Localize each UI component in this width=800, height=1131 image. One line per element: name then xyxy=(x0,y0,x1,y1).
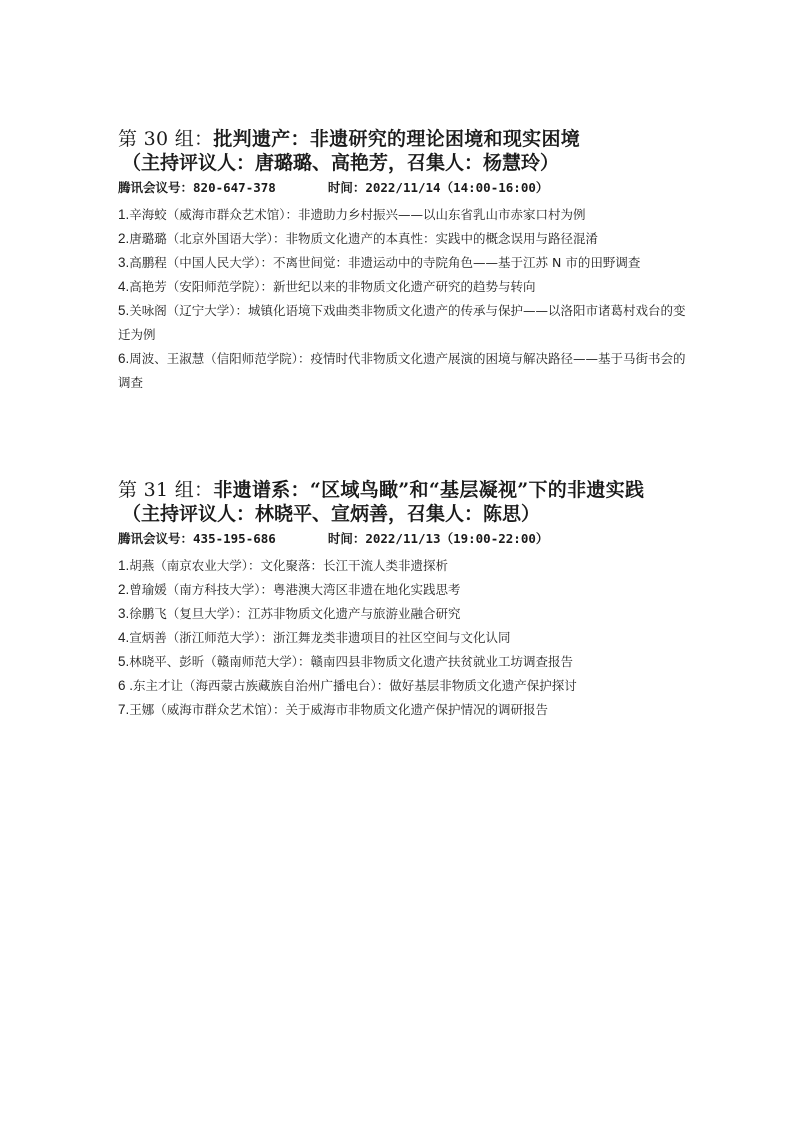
time-label: 时间： xyxy=(328,531,366,546)
group-30-title: 第 30 组：批判遗产：非遗研究的理论困境和现实困境 xyxy=(118,127,698,151)
group-30-label: 第 30 组： xyxy=(118,128,213,150)
group-30-hosts: （主持评议人：唐璐璐、高艳芳，召集人：杨慧玲） xyxy=(122,151,698,176)
group-31-meeting-info: 腾讯会议号：435-195-686时间：2022/11/13（19:00-22:… xyxy=(118,528,698,550)
list-item: 2.曾瑜媛（南方科技大学）：粤港澳大湾区非遗在地化实践思考 xyxy=(118,578,698,602)
group-30-meeting-info: 腾讯会议号：820-647-378时间：2022/11/14（14:00-16:… xyxy=(118,177,698,199)
list-item: 3.高鹏程（中国人民大学）：不离世间觉：非遗运动中的寺院角色——基于江苏 N 市… xyxy=(118,251,698,275)
group-31-label: 第 31 组： xyxy=(118,479,213,501)
group-30-paper-list: 1.辛海蛟（威海市群众艺术馆）：非遗助力乡村振兴——以山东省乳山市赤家口村为例 … xyxy=(118,203,698,395)
group-30-topic: 批判遗产：非遗研究的理论困境和现实困境 xyxy=(213,128,580,150)
list-item: 3.徐鹏飞（复旦大学）：江苏非物质文化遗产与旅游业融合研究 xyxy=(118,602,698,626)
meeting-time: 2022/11/14（14:00-16:00） xyxy=(365,180,548,195)
list-item: 5.林晓平、彭昕（赣南师范大学）：赣南四县非物质文化遗产扶贫就业工坊调查报告 xyxy=(118,650,698,674)
group-31-paper-list: 1.胡燕（南京农业大学）：文化聚落：长江干流人类非遗探析 2.曾瑜媛（南方科技大… xyxy=(118,554,698,722)
meeting-id: 435-195-686 xyxy=(193,531,276,546)
list-item: 6 .东主才让（海西蒙古族藏族自治州广播电台）：做好基层非物质文化遗产保护探讨 xyxy=(118,674,698,698)
list-item: 1.辛海蛟（威海市群众艺术馆）：非遗助力乡村振兴——以山东省乳山市赤家口村为例 xyxy=(118,203,698,227)
group-31-hosts: （主持评议人：林晓平、宣炳善，召集人：陈思） xyxy=(122,502,698,527)
meeting-id-label: 腾讯会议号： xyxy=(118,180,193,195)
list-item: 1.胡燕（南京农业大学）：文化聚落：长江干流人类非遗探析 xyxy=(118,554,698,578)
list-item: 7.王娜（威海市群众艺术馆）：关于威海市非物质文化遗产保护情况的调研报告 xyxy=(118,698,698,722)
group-31-topic: 非遗谱系：“区域鸟瞰”和“基层凝视”下的非遗实践 xyxy=(213,479,644,501)
list-item: 5.关咏阁（辽宁大学）：城镇化语境下戏曲类非物质文化遗产的传承与保护——以洛阳市… xyxy=(118,299,698,347)
group-30-section: 第 30 组：批判遗产：非遗研究的理论困境和现实困境 （主持评议人：唐璐璐、高艳… xyxy=(118,127,698,395)
list-item: 2.唐璐璐（北京外国语大学）：非物质文化遗产的本真性：实践中的概念误用与路径混淆 xyxy=(118,227,698,251)
meeting-id-label: 腾讯会议号： xyxy=(118,531,193,546)
group-31-section: 第 31 组：非遗谱系：“区域鸟瞰”和“基层凝视”下的非遗实践 （主持评议人：林… xyxy=(118,478,698,722)
group-31-title: 第 31 组：非遗谱系：“区域鸟瞰”和“基层凝视”下的非遗实践 xyxy=(118,478,698,502)
list-item: 4.高艳芳（安阳师范学院）：新世纪以来的非物质文化遗产研究的趋势与转向 xyxy=(118,275,698,299)
list-item: 4.宣炳善（浙江师范大学）：浙江舞龙类非遗项目的社区空间与文化认同 xyxy=(118,626,698,650)
meeting-id: 820-647-378 xyxy=(193,180,276,195)
meeting-time: 2022/11/13（19:00-22:00） xyxy=(365,531,548,546)
time-label: 时间： xyxy=(328,180,366,195)
list-item: 6.周波、王淑慧（信阳师范学院）：疫情时代非物质文化遗产展演的困境与解决路径——… xyxy=(118,347,698,395)
